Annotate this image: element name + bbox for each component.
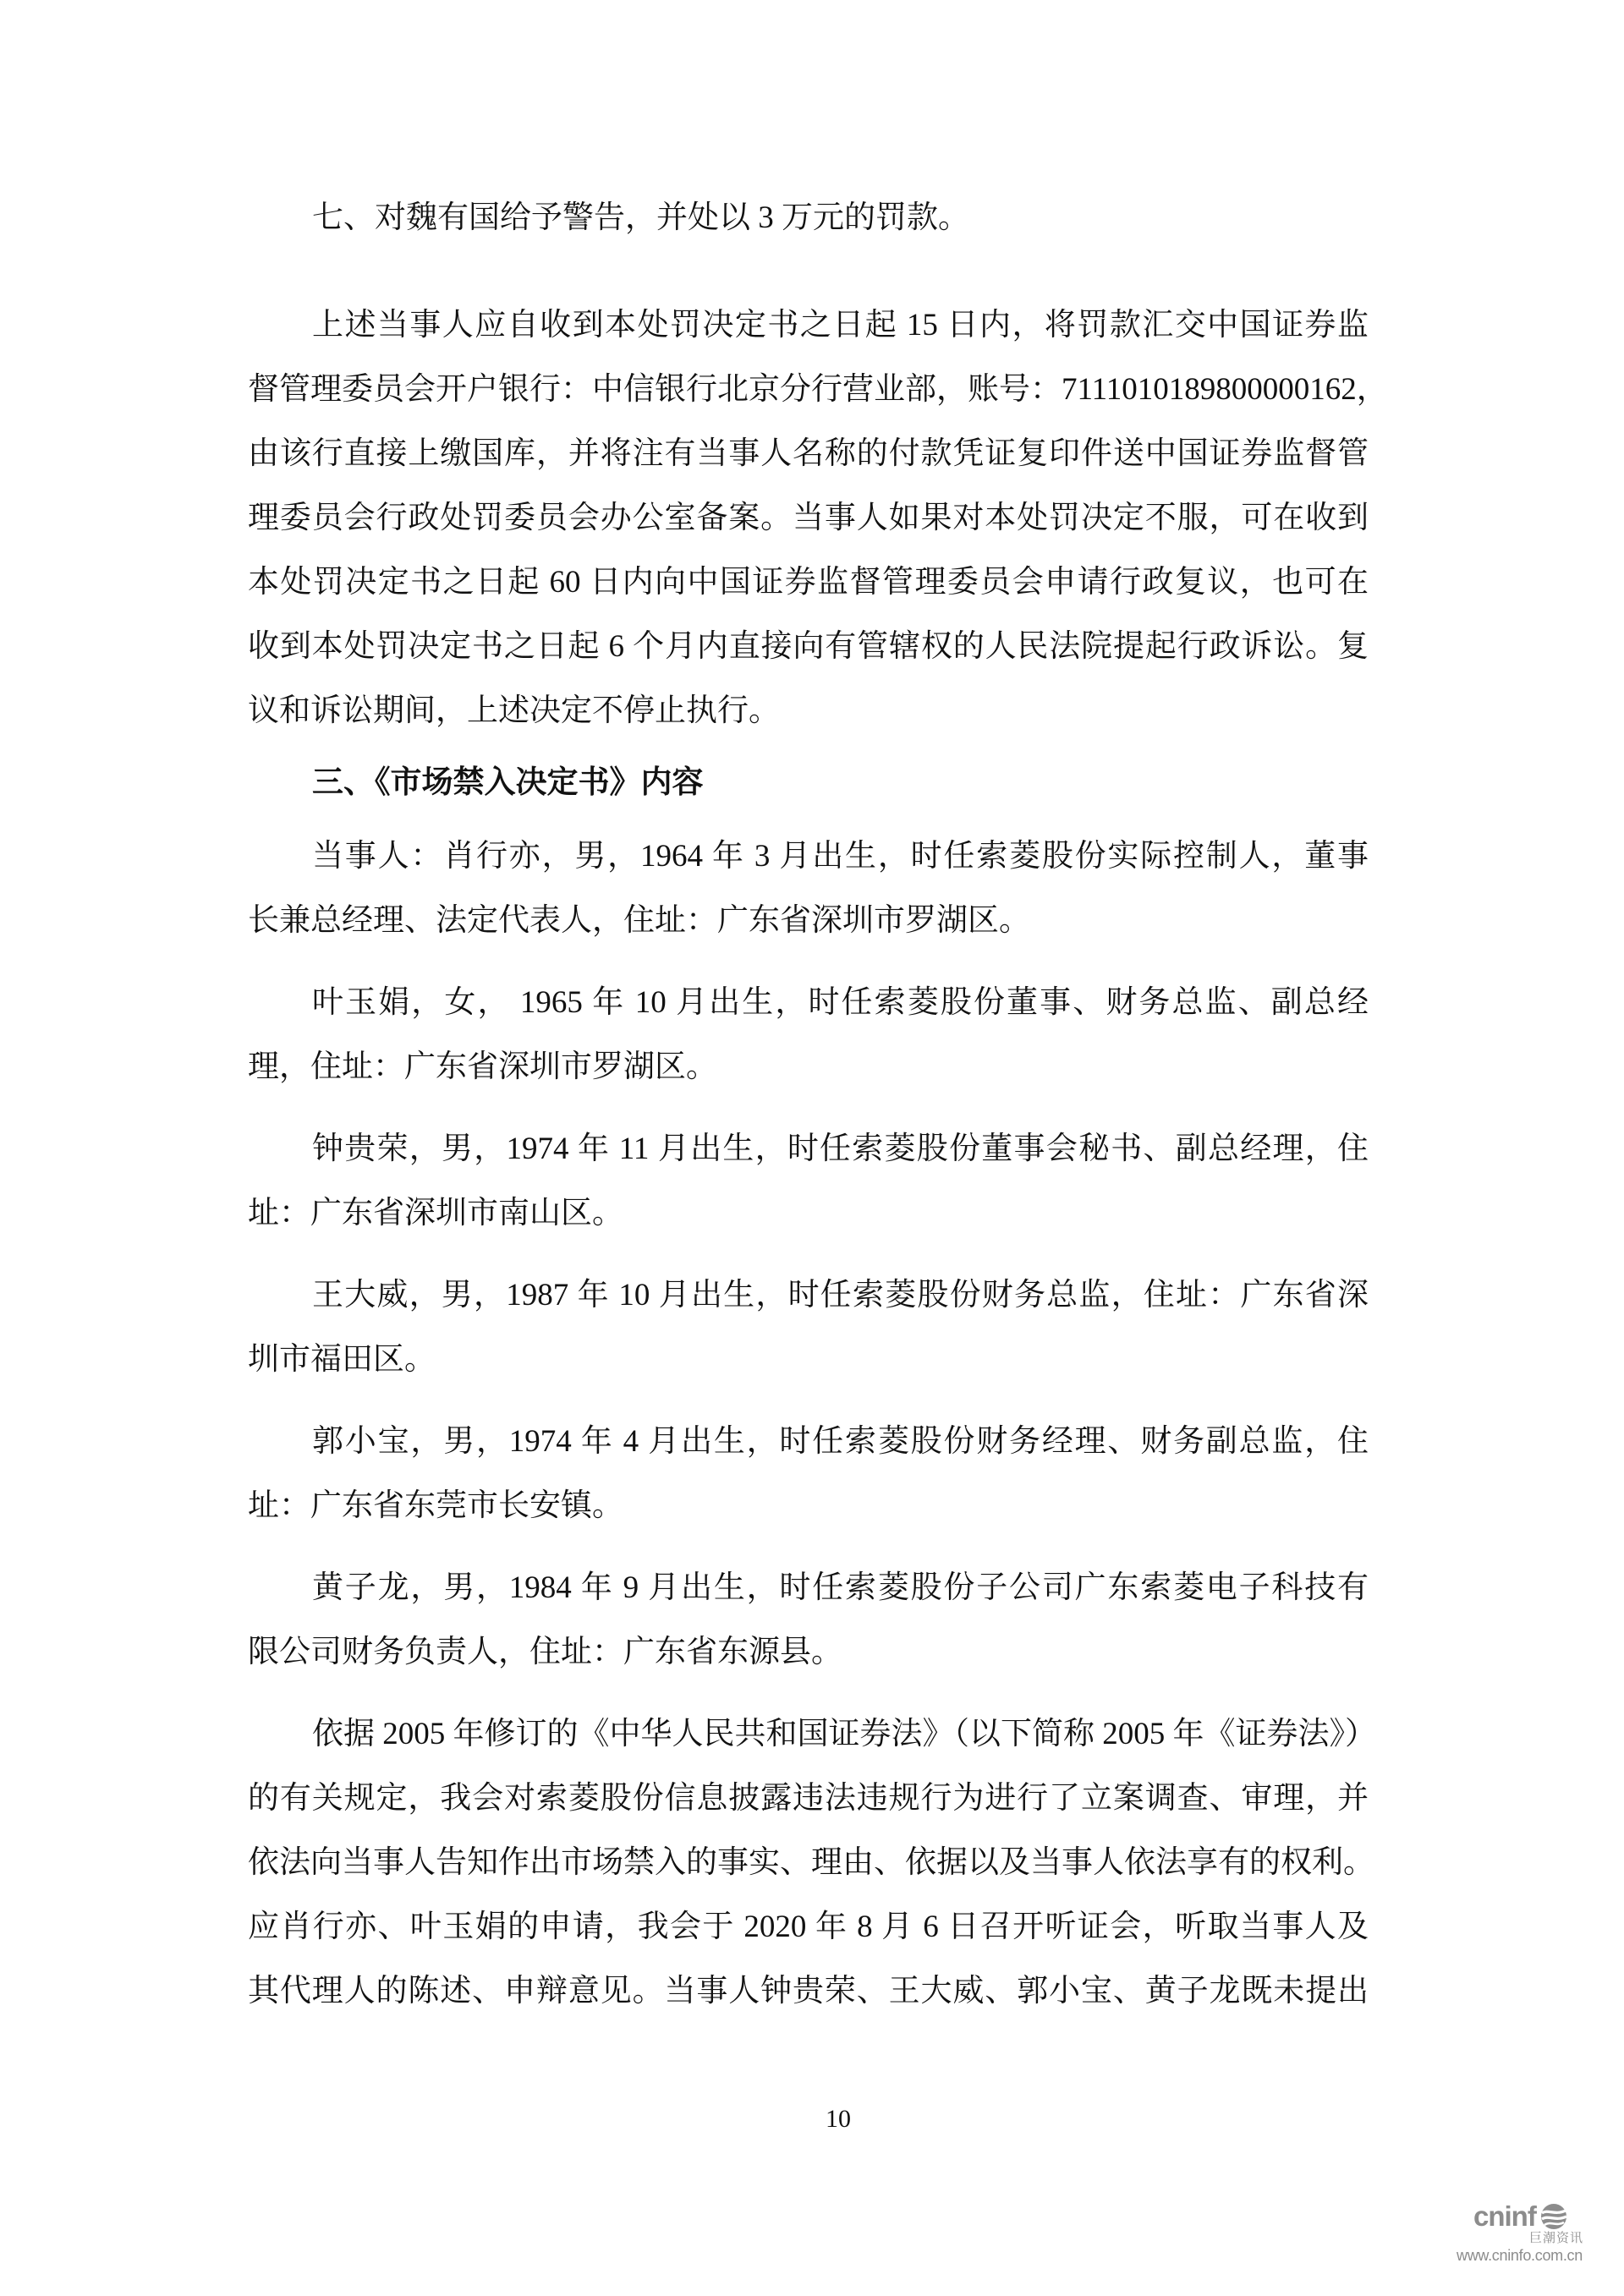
watermark-brand: cninf bbox=[1473, 2202, 1536, 2231]
paragraph-line: 钟贵荣，男，1974 年 11 月出生，时任索菱股份董事会秘书、副总经理，住 bbox=[312, 1131, 1369, 1168]
paragraph-line: 叶玉娟，女， 1965 年 10 月出生，时任索菱股份董事、财务总监、副总经 bbox=[312, 984, 1369, 1022]
paragraph-line: 督管理委员会开户银行：中信银行北京分行营业部，账号：71110101898000… bbox=[248, 371, 1369, 408]
paragraph-line: 王大威，男，1987 年 10 月出生，时任索菱股份财务总监，住址：广东省深 bbox=[312, 1277, 1369, 1314]
watermark-chinese-name: 巨潮资讯 bbox=[1529, 2231, 1583, 2246]
paragraph-line: 长兼总经理、法定代表人，住址：广东省深圳市罗湖区。 bbox=[248, 902, 1369, 940]
paragraph-line: 依法向当事人告知作出市场禁入的事实、理由、依据以及当事人依法享有的权利。 bbox=[248, 1844, 1369, 1882]
paragraph-line: 址：广东省深圳市南山区。 bbox=[248, 1195, 1369, 1232]
paragraph-line: 黄子龙，男，1984 年 9 月出生，时任索菱股份子公司广东索菱电子科技有 bbox=[312, 1570, 1369, 1607]
section-heading: 三、《市场禁入决定书》内容 bbox=[312, 764, 1369, 802]
paragraph-line: 的有关规定，我会对索菱股份信息披露违法违规行为进行了立案调查、审理，并 bbox=[248, 1780, 1369, 1817]
paragraph-line: 理委员会行政处罚委员会办公室备案。当事人如果对本处罚决定不服，可在收到 bbox=[248, 500, 1369, 537]
paragraph-line: 依据 2005 年修订的《中华人民共和国证券法》（以下简称 2005 年《证券法… bbox=[312, 1716, 1369, 1753]
paragraph-line: 郭小宝，男，1974 年 4 月出生，时任索菱股份财务经理、财务副总监，住 bbox=[312, 1423, 1369, 1460]
paragraph-line: 应肖行亦、叶玉娟的申请，我会于 2020 年 8 月 6 日召开听证会，听取当事… bbox=[248, 1909, 1369, 1946]
paragraph-line: 址：广东省东莞市长安镇。 bbox=[248, 1488, 1369, 1525]
paragraph-line: 理，住址：广东省深圳市罗湖区。 bbox=[248, 1049, 1369, 1086]
cninfo-wave-logo-icon bbox=[1539, 2202, 1568, 2231]
paragraph-line: 其代理人的陈述、申辩意见。当事人钟贵荣、王大威、郭小宝、黄子龙既未提出 bbox=[248, 1973, 1369, 2010]
paragraph-line: 议和诉讼期间，上述决定不停止执行。 bbox=[248, 693, 1369, 730]
paragraph-line: 限公司财务负责人，住址：广东省东源县。 bbox=[248, 1634, 1369, 1671]
paragraph-line: 上述当事人应自收到本处罚决定书之日起 15 日内，将罚款汇交中国证券监 bbox=[312, 307, 1369, 344]
paragraph-line: 收到本处罚决定书之日起 6 个月内直接向有管辖权的人民法院提起行政诉讼。复 bbox=[248, 628, 1369, 666]
paragraph-line: 圳市福田区。 bbox=[248, 1341, 1369, 1378]
paragraph-line: 当事人：肖行亦，男，1964 年 3 月出生，时任索菱股份实际控制人，董事 bbox=[312, 838, 1369, 875]
paragraph-line: 由该行直接上缴国库，并将注有当事人名称的付款凭证复印件送中国证券监督管 bbox=[248, 436, 1369, 473]
paragraph-line: 七、对魏有国给予警告，并处以 3 万元的罚款。 bbox=[312, 200, 1369, 237]
paragraph-line: 本处罚决定书之日起 60 日内向中国证券监督管理委员会申请行政复议，也可在 bbox=[248, 564, 1369, 601]
page-number: 10 bbox=[0, 2104, 1624, 2134]
document-page: 七、对魏有国给予警告，并处以 3 万元的罚款。 上述当事人应自收到本处罚决定书之… bbox=[0, 0, 1624, 2296]
cninfo-watermark: cninf 巨潮资讯 www.cninfo.com.cn bbox=[1457, 2202, 1622, 2268]
watermark-url: www.cninfo.com.cn bbox=[1457, 2246, 1583, 2265]
